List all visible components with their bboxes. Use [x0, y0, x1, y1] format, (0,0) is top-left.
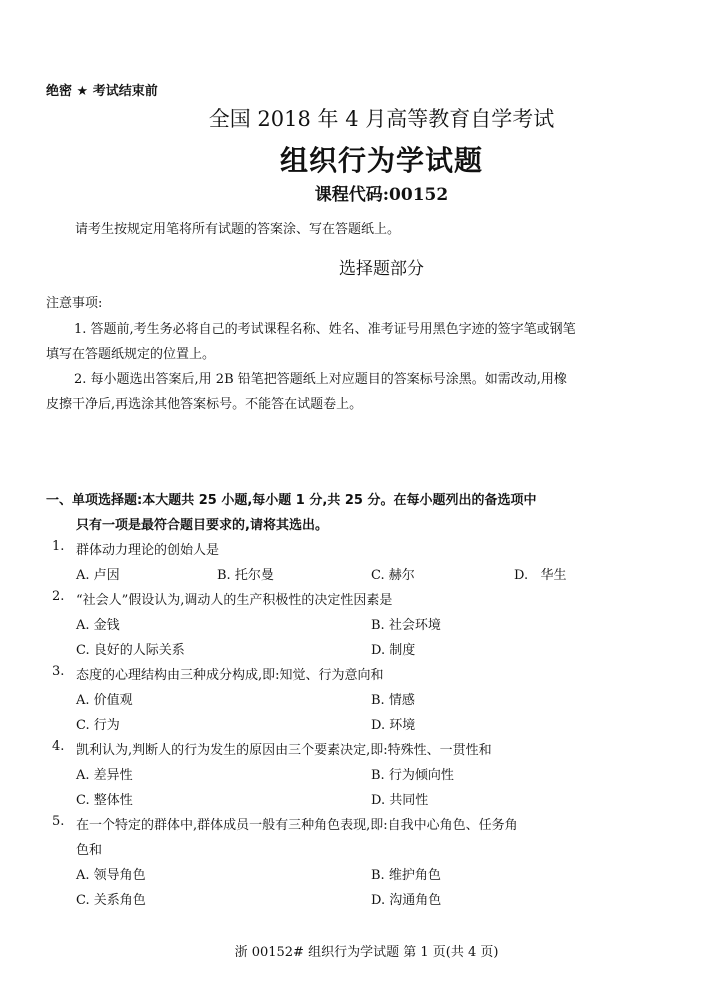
- part-title: 选择题部分: [0, 254, 713, 279]
- subject-title: 组织行为学试题: [0, 139, 713, 179]
- answer-instruction: 请考生按规定用笔将所有试题的答案涂、写在答题纸上。: [75, 218, 400, 237]
- option-a: A. 卢因: [76, 564, 120, 583]
- course-code: 课程代码:00152: [0, 180, 713, 205]
- question-number: 1.: [52, 539, 64, 554]
- option-c: C. 良好的人际关系: [76, 639, 185, 658]
- question-text-continued: 色和: [76, 839, 102, 858]
- question-number: 2.: [52, 589, 64, 604]
- question-number: 5.: [52, 814, 64, 829]
- question-text: “社会人”假设认为,调动人的生产积极性的决定性因素是: [76, 589, 392, 608]
- option-c: C. 赫尔: [371, 564, 415, 583]
- exam-title: 全国 2018 年 4 月高等教育自学考试: [0, 103, 713, 133]
- option-d: D. 华生: [514, 564, 567, 583]
- option-b: B. 维护角色: [371, 864, 441, 883]
- note-1-line-1: 1. 答题前,考生务必将自己的考试课程名称、姓名、准考证号用黑色字迹的签字笔或钢…: [74, 318, 576, 337]
- option-a: A. 领导角色: [76, 864, 146, 883]
- option-a: A. 价值观: [76, 689, 133, 708]
- section-heading-line-1: 一、单项选择题:本大题共 25 小题,每小题 1 分,共 25 分。在每小题列出…: [46, 489, 536, 508]
- option-c: C. 行为: [76, 714, 120, 733]
- question-text: 凯利认为,判断人的行为发生的原因由三个要素决定,即:特殊性、一贯性和: [76, 739, 492, 758]
- page-footer: 浙 00152# 组织行为学试题 第 1 页(共 4 页): [0, 941, 713, 960]
- option-a: A. 差异性: [76, 764, 133, 783]
- option-c: C. 关系角色: [76, 889, 146, 908]
- question-number: 3.: [52, 664, 64, 679]
- note-2-line-2: 皮擦干净后,再选涂其他答案标号。不能答在试题卷上。: [46, 393, 362, 412]
- note-1-line-2: 填写在答题纸规定的位置上。: [46, 343, 215, 362]
- secret-mark: 绝密 ★ 考试结束前: [46, 80, 158, 99]
- option-d: D. 环境: [371, 714, 415, 733]
- option-d: D. 沟通角色: [371, 889, 441, 908]
- option-d: D. 共同性: [371, 789, 428, 808]
- question-text: 群体动力理论的创始人是: [76, 539, 219, 558]
- option-b: B. 情感: [371, 689, 415, 708]
- question-number: 4.: [52, 739, 64, 754]
- option-a: A. 金钱: [76, 614, 120, 633]
- option-b: B. 行为倾向性: [371, 764, 454, 783]
- note-2-line-1: 2. 每小题选出答案后,用 2B 铅笔把答题纸上对应题目的答案标号涂黑。如需改动…: [74, 368, 567, 387]
- notes-label: 注意事项:: [46, 292, 102, 311]
- option-b: B. 托尔曼: [217, 564, 274, 583]
- question-text: 态度的心理结构由三种成分构成,即:知觉、行为意向和: [76, 664, 384, 683]
- question-text: 在一个特定的群体中,群体成员一般有三种角色表现,即:自我中心角色、任务角: [76, 814, 518, 833]
- option-d: D. 制度: [371, 639, 415, 658]
- option-b: B. 社会环境: [371, 614, 441, 633]
- section-heading-line-2: 只有一项是最符合题目要求的,请将其选出。: [76, 514, 328, 533]
- option-c: C. 整体性: [76, 789, 133, 808]
